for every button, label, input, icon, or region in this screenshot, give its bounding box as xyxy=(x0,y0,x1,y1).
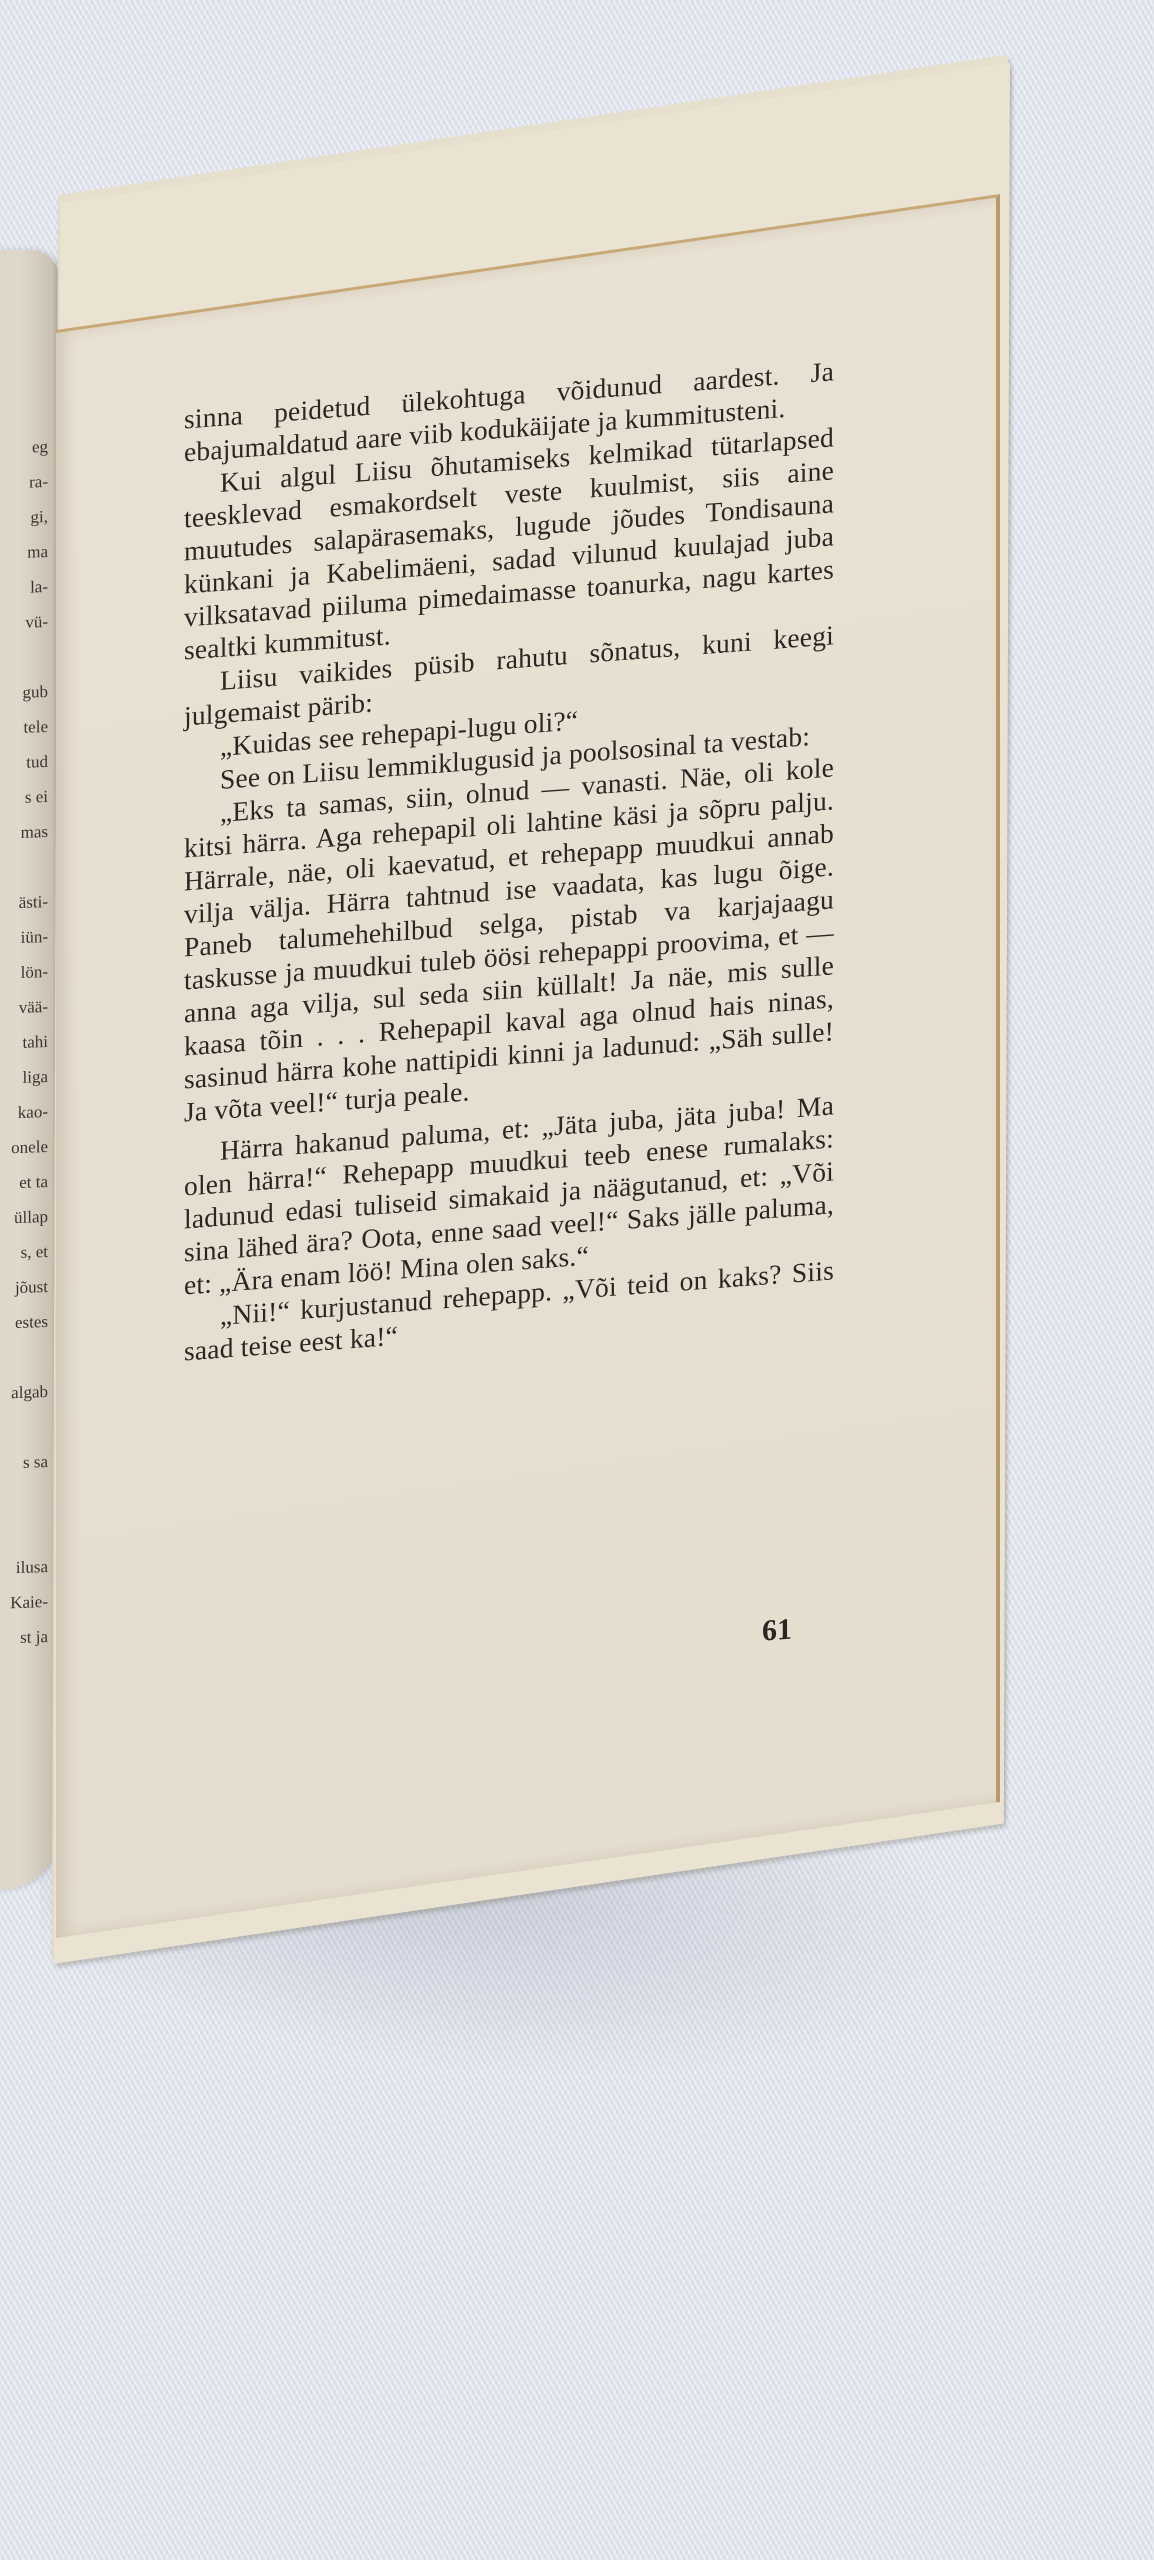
left-page-line-fragment: mas xyxy=(0,814,48,851)
left-page-line-fragment: vü- xyxy=(0,604,48,641)
left-page-line-fragment: s, et xyxy=(0,1234,48,1271)
left-page-line-fragment xyxy=(0,1479,48,1516)
left-page-line-fragment: ilusa xyxy=(0,1549,48,1586)
left-page-line-fragment: üllap xyxy=(0,1199,48,1236)
page-content: sinna peidetud ülekohtuga võidunud aarde… xyxy=(184,354,834,1367)
left-page-line-fragment: ra- xyxy=(0,464,48,501)
left-page-line-fragment: lön- xyxy=(0,954,48,991)
left-page-line-fragment: s ei xyxy=(0,779,48,816)
left-page-line-fragment: la- xyxy=(0,569,48,606)
left-page-line-fragment xyxy=(0,639,48,676)
page-number: 61 xyxy=(762,1612,792,1648)
left-page-line-fragment xyxy=(0,1339,48,1376)
left-page-line-fragment: et ta xyxy=(0,1164,48,1201)
left-page-line-fragment: algab xyxy=(0,1374,48,1411)
left-page-line-fragment xyxy=(0,1514,48,1551)
left-page-line-fragment: kao- xyxy=(0,1094,48,1131)
left-page-line-fragment: st ja xyxy=(0,1619,48,1656)
left-page-line-fragment: eg xyxy=(0,429,48,466)
left-page-line-fragment: gub xyxy=(0,674,48,711)
left-page-line-fragment: tud xyxy=(0,744,48,781)
left-facing-page: egra-gi,mala-vü-gubteletuds eimasästi-iü… xyxy=(0,250,60,1890)
left-page-line-fragment: ästi- xyxy=(0,884,48,921)
left-page-line-fragment xyxy=(0,1409,48,1446)
left-page-line-fragment: tele xyxy=(0,709,48,746)
left-page-line-fragment: jõust xyxy=(0,1269,48,1306)
left-page-line-fragment: Kaie- xyxy=(0,1584,48,1621)
left-page-line-fragment: liga xyxy=(0,1059,48,1096)
left-page-line-fragment: estes xyxy=(0,1304,48,1341)
left-page-line-fragment: ma xyxy=(0,534,48,571)
left-page-text-fragments: egra-gi,mala-vü-gubteletuds eimasästi-iü… xyxy=(0,429,48,1656)
body-text: sinna peidetud ülekohtuga võidunud aarde… xyxy=(184,354,834,1367)
paragraph: „Eks ta samas, siin, olnud — vanasti. Nä… xyxy=(184,750,834,1128)
left-page-line-fragment: iün- xyxy=(0,919,48,956)
left-page-line-fragment: tahi xyxy=(0,1024,48,1061)
left-page-line-fragment: gi, xyxy=(0,499,48,536)
book-page: sinna peidetud ülekohtuga võidunud aarde… xyxy=(56,194,1000,1938)
left-page-line-fragment: onele xyxy=(0,1129,48,1166)
left-page-line-fragment: s sa xyxy=(0,1444,48,1481)
left-page-line-fragment xyxy=(0,849,48,886)
left-page-line-fragment: vää- xyxy=(0,989,48,1026)
